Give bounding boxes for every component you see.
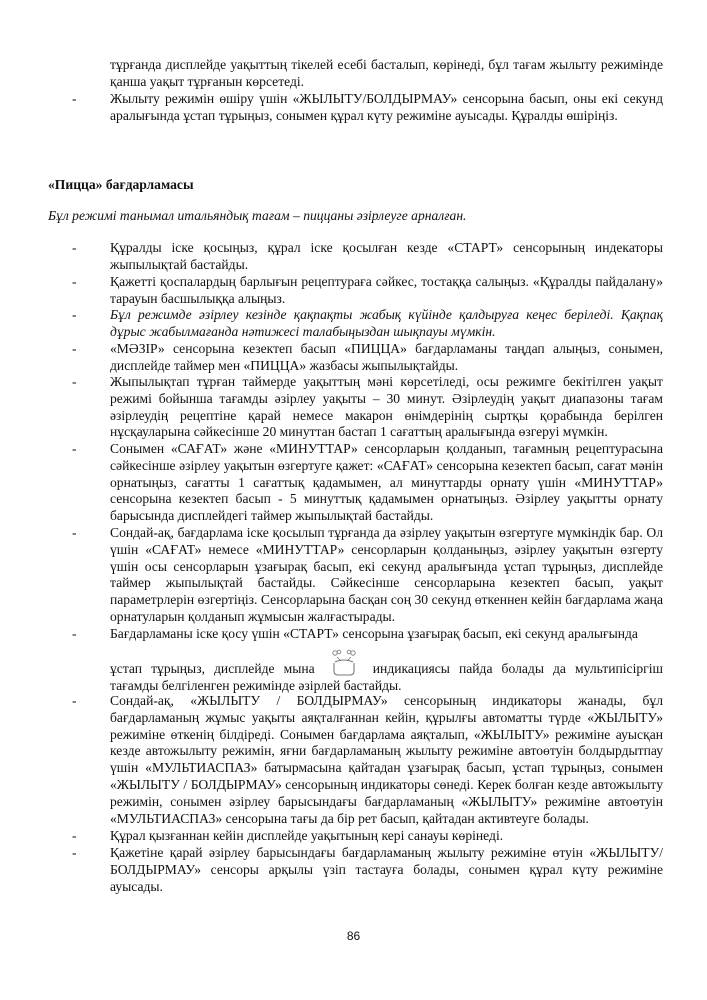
- bullet-dash: -: [72, 307, 92, 324]
- bullet-dash: -: [72, 374, 92, 391]
- intro-continuation-paragraph: тұрғанда дисплейде уақыттың тікелей есеб…: [110, 57, 663, 91]
- list-item-line: тағамды белгіленген режимінде әзірлей ба…: [110, 678, 663, 695]
- bullet-dash: -: [72, 693, 92, 710]
- list-item-text: «МӘЗІР» сенсорына кезектеп басып «ПИЦЦА»…: [110, 341, 663, 375]
- page-number: 86: [0, 928, 707, 945]
- list-item-text: Жылыту режимін өшіру үшін «ЖЫЛЫТУ/БОЛДЫР…: [110, 91, 663, 125]
- list-item-text: Бұл режимде әзірлеу кезінде қақпақты жаб…: [110, 307, 663, 341]
- bullet-dash: -: [72, 240, 92, 257]
- section-title: «Пицца» бағдарламасы: [48, 177, 194, 194]
- list-item-text: Жыпылықтап тұрған таймерде уақыттың мәні…: [110, 374, 663, 441]
- bullet-dash: -: [72, 274, 92, 291]
- bullet-dash: -: [72, 626, 92, 643]
- list-item-line-with-icon: ұстап тұрыңыз, дисплейде мына индикацияс…: [110, 649, 663, 678]
- list-item-text: Қажетті қоспалардың барлығын рецептураға…: [110, 274, 663, 308]
- steaming-pot-icon: [324, 649, 364, 677]
- list-item-text: Құралды іске қосыңыз, құрал іске қосылға…: [110, 240, 663, 274]
- bullet-dash: -: [72, 525, 92, 542]
- bullet-dash: -: [72, 441, 92, 458]
- document-page: тұрғанда дисплейде уақыттың тікелей есеб…: [0, 0, 707, 1000]
- list-item-text: Сонымен «САҒАТ» және «МИНУТТАР» сенсорла…: [110, 441, 663, 525]
- section-subtitle: Бұл режимі танымал итальяндық тағам – пи…: [48, 208, 663, 225]
- bullet-dash: -: [72, 91, 92, 108]
- list-item-line: Бағдарламаны іске қосу үшін «СТАРТ» сенс…: [110, 626, 663, 643]
- list-item-text: Құрал қызғаннан кейін дисплейде уақытыны…: [110, 828, 663, 845]
- bullet-dash: -: [72, 845, 92, 862]
- bullet-dash: -: [72, 828, 92, 845]
- bullet-dash: -: [72, 341, 92, 358]
- list-item-text: Бағдарламаны іске қосу үшін «СТАРТ» сенс…: [110, 626, 663, 694]
- list-item-text: Сондай-ақ, «ЖЫЛЫТУ / БОЛДЫРМАУ» сенсорын…: [110, 693, 663, 827]
- list-item-text: Сондай-ақ, бағдарлама іске қосылып тұрға…: [110, 525, 663, 626]
- text-after-icon: индикациясы пайда болады да мультипісірг…: [373, 661, 663, 676]
- text-before-icon: ұстап тұрыңыз, дисплейде мына: [110, 661, 315, 676]
- list-item-text: Қажетіне қарай әзірлеу барысындағы бағда…: [110, 845, 663, 895]
